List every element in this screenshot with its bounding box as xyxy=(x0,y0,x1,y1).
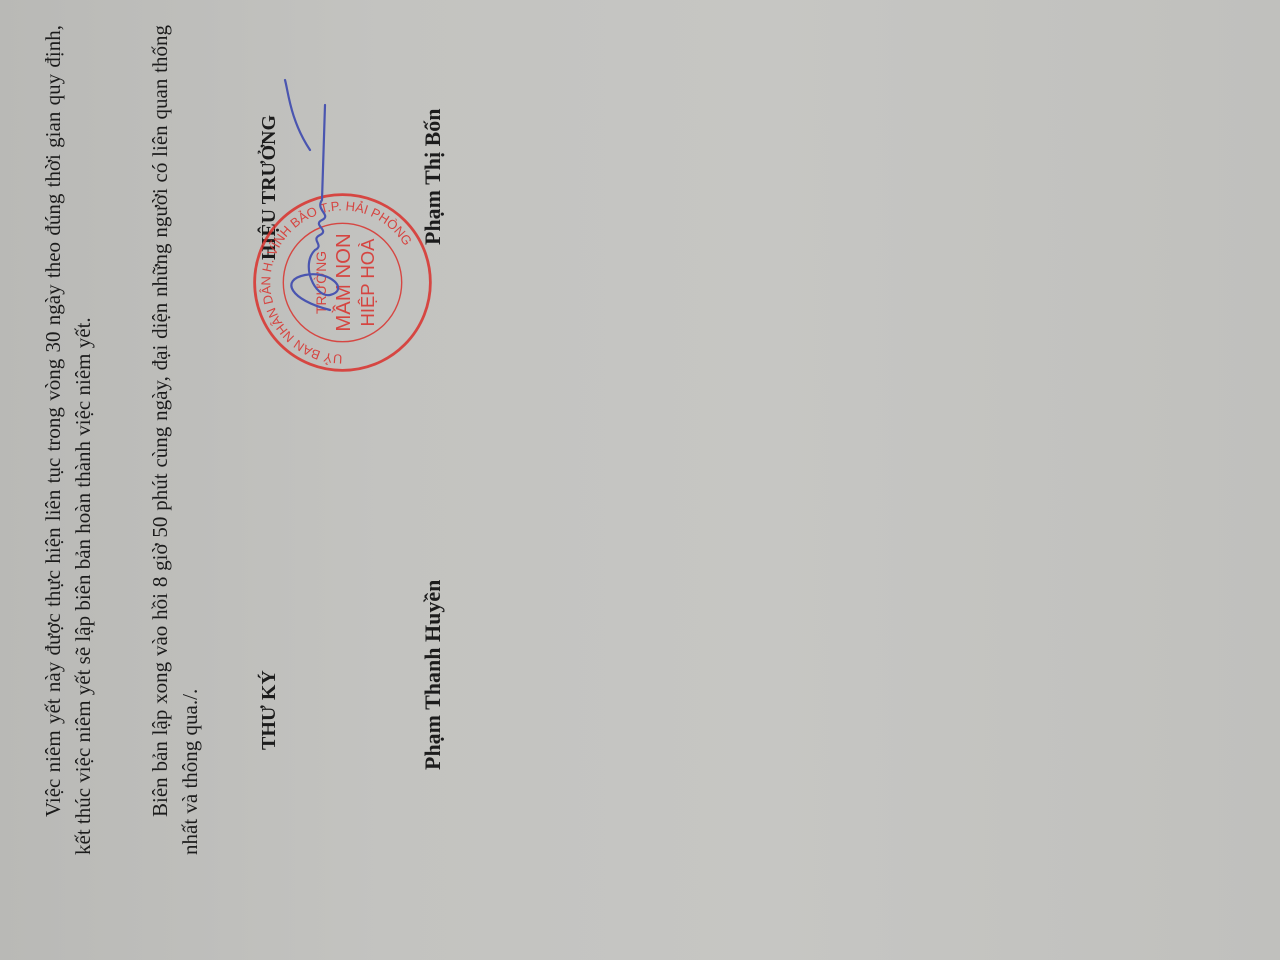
rotated-page: Việc niêm yết này được thực hiện liên tụ… xyxy=(0,0,1280,960)
svg-text:HIỆP HOÀ: HIỆP HOÀ xyxy=(357,238,378,327)
secretary-name: Phạm Thanh Huyền xyxy=(420,580,446,770)
principal-name: Phạm Thị Bốn xyxy=(420,108,446,245)
principal-signature-icon xyxy=(270,70,360,320)
paragraph-posting-period: Việc niêm yết này được thực hiện liên tụ… xyxy=(38,25,98,855)
document-photo: Việc niêm yết này được thực hiện liên tụ… xyxy=(0,0,1280,960)
paragraph-closing: Biên bản lập xong vào hồi 8 giờ 50 phút … xyxy=(145,25,205,855)
secretary-title: THƯ KÝ xyxy=(258,670,281,750)
